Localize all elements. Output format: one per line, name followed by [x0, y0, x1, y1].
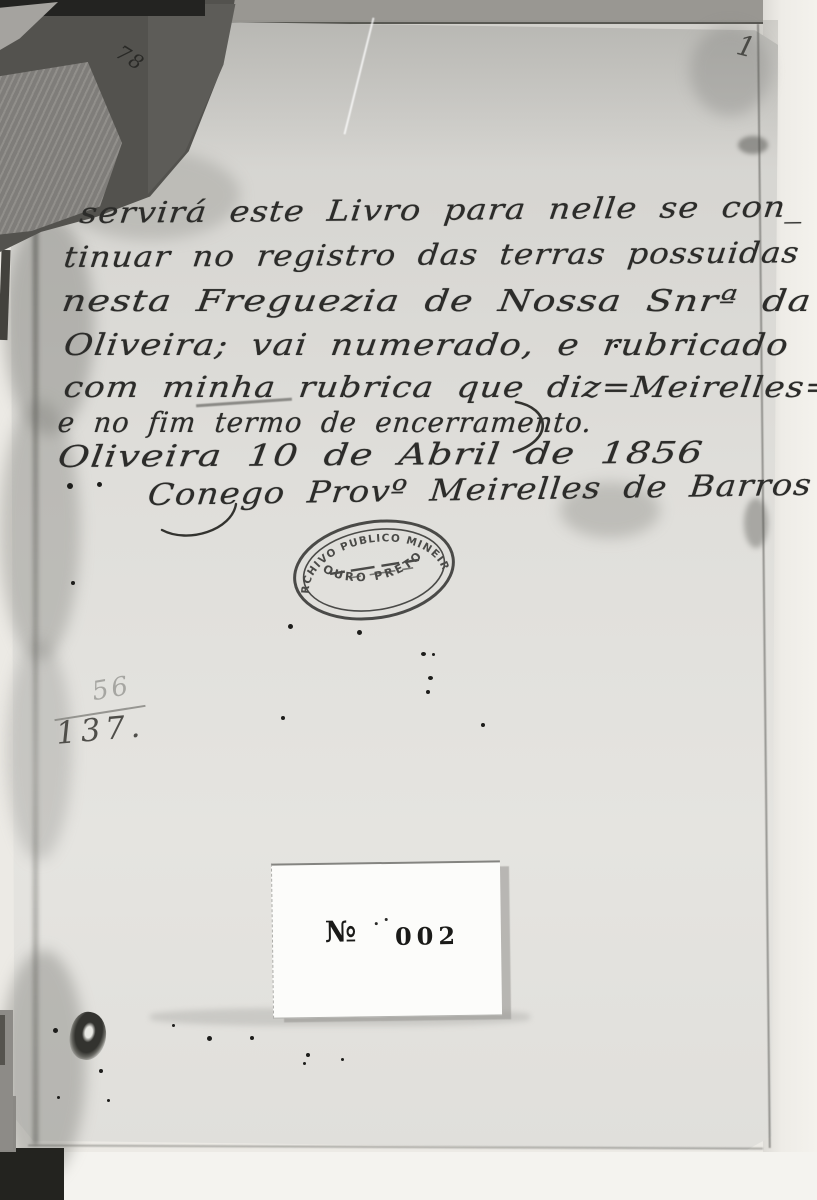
ink-speck	[250, 1036, 254, 1040]
paper-stain	[738, 136, 768, 154]
ink-speck	[288, 624, 293, 629]
ink-speck	[614, 344, 618, 348]
signature-flourish	[158, 500, 243, 548]
manuscript-line: tinuar no registro das terras possuidas	[62, 235, 801, 274]
ink-speck	[67, 483, 73, 489]
label-number: 002	[395, 921, 461, 951]
ink-speck	[481, 723, 485, 727]
ink-speck	[385, 918, 388, 921]
ink-speck	[71, 581, 75, 585]
ink-speck	[375, 922, 378, 925]
ink-speck	[421, 652, 426, 656]
manuscript-line: com minha rubrica que diz=Meirelles=	[62, 370, 817, 404]
ink-speck	[97, 482, 102, 487]
water-stain-vein	[33, 215, 38, 1145]
pen-flourish	[508, 396, 558, 458]
ink-speck	[53, 1028, 58, 1033]
scanned-manuscript-page: 78 1 servirá este Livro para nelle se co…	[0, 0, 817, 1200]
ink-speck	[107, 1099, 110, 1102]
ink-speck	[357, 630, 362, 635]
book-shadow-corner	[0, 1148, 64, 1200]
numero-symbol: №	[325, 914, 357, 948]
manuscript-line: nesta Freguezia de Nossa Snrª da	[60, 284, 814, 319]
scan-bottom-margin	[0, 1152, 817, 1200]
ink-speck	[172, 1024, 175, 1027]
ink-speck	[428, 676, 433, 680]
binding-shadow	[0, 1015, 5, 1065]
ink-speck	[281, 716, 285, 720]
manuscript-line: servirá este Livro para nelle se con_	[78, 189, 806, 230]
ink-speck	[303, 1062, 306, 1065]
ink-speck	[306, 1053, 310, 1057]
ink-speck	[57, 1096, 60, 1099]
manuscript-line-date: Oliveira 10 de Abril de 1856	[56, 436, 706, 475]
manuscript-line: Oliveira; vai numerado, e rubricado	[62, 328, 791, 363]
number-label: № 002	[271, 860, 502, 1018]
ink-speck	[207, 1036, 212, 1041]
ink-speck	[99, 1069, 103, 1073]
ink-speck	[432, 653, 435, 656]
ink-speck	[341, 1058, 344, 1061]
ink-speck	[426, 690, 430, 694]
